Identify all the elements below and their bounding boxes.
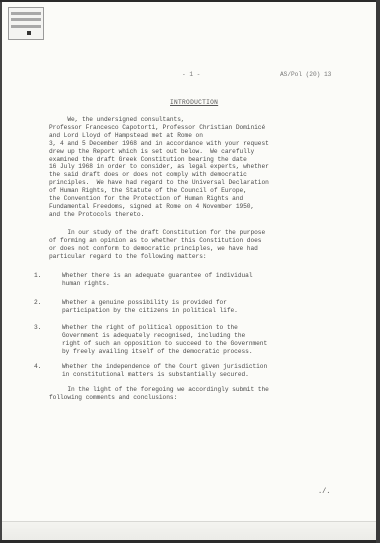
paragraph-study: In our study of the draft Constitution f… [49, 229, 349, 261]
archive-stamp-logo [8, 7, 44, 40]
page-number: - 1 - [182, 71, 200, 79]
list-number: 2. [34, 299, 41, 307]
list-number: 1. [34, 272, 41, 280]
list-text: Whether the independence of the Court gi… [62, 363, 267, 379]
list-number: 3. [34, 324, 41, 332]
list-number: 4. [34, 363, 41, 371]
list-item-3: 3. Whether the right of political opposi… [34, 324, 49, 356]
document-page: - 1 - AS/Pol (20) 13 INTRODUCTION We, th… [0, 2, 376, 540]
page-edge [376, 0, 380, 543]
section-heading: INTRODUCTION [170, 99, 218, 107]
continuation-mark: ./. [318, 489, 330, 497]
list-text: Whether a genuine possibility is provide… [62, 299, 238, 315]
paragraph-intro: We, the undersigned consultants, Profess… [49, 116, 349, 219]
paragraph-conclusion: In the light of the foregoing we accordi… [49, 386, 349, 402]
list-text: Whether there is an adequate guarantee o… [62, 272, 252, 288]
list-text: Whether the right of political oppositio… [62, 324, 267, 356]
document-reference: AS/Pol (20) 13 [280, 71, 331, 79]
list-item-4: 4. Whether the independence of the Court… [34, 363, 49, 395]
